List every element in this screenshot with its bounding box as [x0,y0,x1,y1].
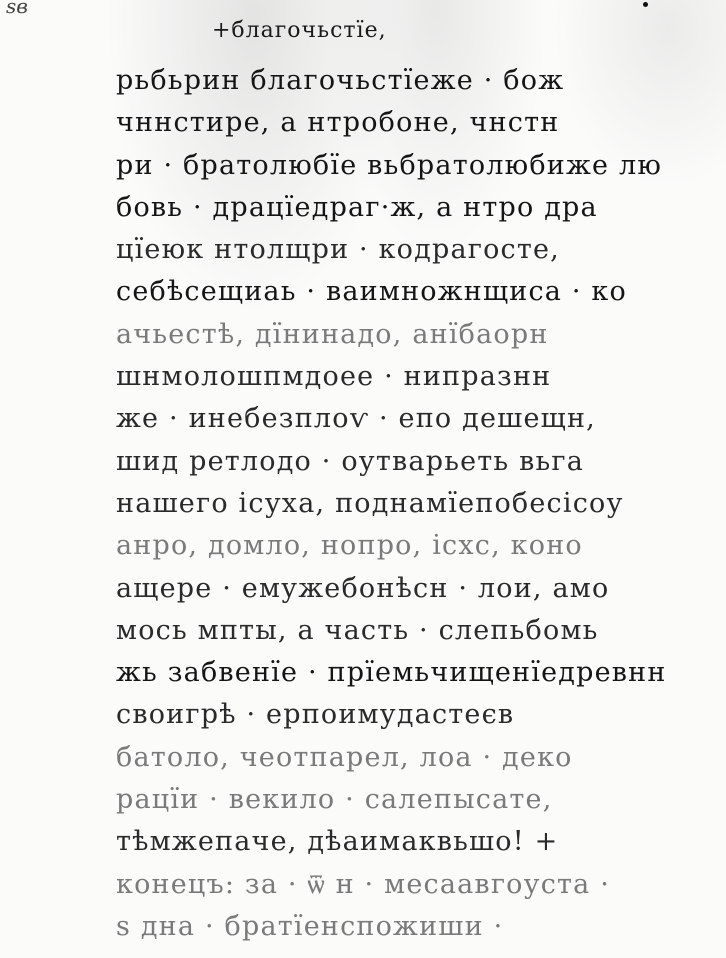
manuscript-line: ри · братолюбїе вьбратолюбиже лю [116,145,696,187]
manuscript-line: шнмолошпмдоее · нипразнн [116,356,696,398]
manuscript-line: рьбьрин благочьстїеже · бож [116,60,696,102]
manuscript-line: конецъ: за · ѿ н · месаавгоуста · [116,864,696,906]
section-heading: +благочьстїе, [212,18,387,43]
manuscript-line: ѕ дна · братїенспожиши · [116,906,696,948]
manuscript-line: мось мпты, а часть · слепьбомь [116,610,696,652]
manuscript-text-block: рьбьрин благочьстїеже · божчннстире, а н… [116,60,696,948]
manuscript-line: себѣсещиаь · ваимножнщиса · ко [116,271,696,313]
manuscript-line: нашего ісуха, поднамїепобесісоу [116,483,696,525]
manuscript-line: чннстире, а нтробоне, чнстн [116,102,696,144]
manuscript-line: рацїи · векило · салепысате, [116,779,696,821]
manuscript-line: ащере · емужебонѣсн · лои, амо [116,568,696,610]
manuscript-line: же · инебезплоѵ · епо дешещн, [116,398,696,440]
manuscript-line: тѣмжепаче, дѣаимаквьшо! + [116,821,696,863]
manuscript-line: ачьестѣ, дїнинадо, анїбаорн [116,314,696,356]
manuscript-line: своигрѣ · ерпоимудастеєв [116,694,696,736]
folio-number: ѕв [6,0,28,18]
manuscript-line: цїеюк нтолщри · кодрагосте, [116,229,696,271]
manuscript-line: жь забвенїе · прїемьчищенїедревнн [116,652,696,694]
manuscript-line: бовь · драцїедраг·ж, а нтро дра [116,187,696,229]
manuscript-page: ѕв +благочьстїе, рьбьрин благочьстїеже ·… [0,0,726,958]
manuscript-line: батоло, чеотпарел, лоа · деко [116,737,696,779]
manuscript-line: шид ретлодо · оутварьеть вьга [116,441,696,483]
manuscript-line: анро, домло, нопро, ісхс, коно [116,525,696,567]
ink-spot [643,2,648,7]
